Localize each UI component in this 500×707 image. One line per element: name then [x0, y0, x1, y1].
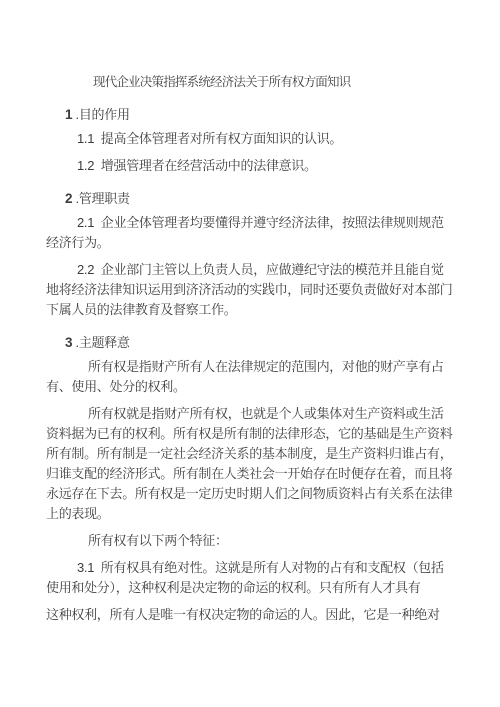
- document-title: 现代企业决策指挥系统经济法关于所有权方面知识: [93, 72, 453, 92]
- section-label-3: .主题释意: [72, 335, 129, 350]
- section-heading-3: 3 .主题释意: [46, 333, 453, 353]
- section-label-1: .目的作用: [72, 107, 129, 122]
- paragraph-ownership-definition: 所有权是指财产所有人在法律规定的范围内，对他的财产享有占有、使用、处分的权利。: [46, 357, 453, 397]
- document-page: 现代企业决策指挥系统经济法关于所有权方面知识 1 .目的作用 1.1 提高全体管…: [0, 0, 500, 707]
- paragraph-continuation: 这种权利，所有人是唯一有权决定物的命运的人。因此，它是一种绝对: [46, 605, 453, 625]
- list-item-3-1: 3.1 所有权具有绝对性。这就是所有人对物的占有和支配权（包括使用和处分），这种…: [46, 558, 453, 598]
- paragraph-features-intro: 所有权有以下两个特征：: [46, 531, 453, 551]
- paragraph-ownership-explanation: 所有权就是指财产所有权，也就是个人或集体对生产资料或生活资料据为已有的权利。所有…: [46, 404, 453, 524]
- section-heading-1: 1 .目的作用: [46, 105, 453, 125]
- list-item-1-1: 1.1 提高全体管理者对所有权方面知识的认识。: [46, 129, 453, 149]
- list-item-1-2: 1.2 增强管理者在经营活动中的法律意识。: [46, 156, 453, 176]
- section-label-2: .管理职责: [72, 191, 129, 206]
- list-item-2-1: 2.1 企业全体管理者均要懂得并遵守经济法律，按照法律规则规范经济行为。: [46, 213, 453, 253]
- list-item-2-2: 2.2 企业部门主管以上负责人员，应做遵纪守法的模范并且能自觉地将经济法律知识运…: [46, 260, 453, 320]
- section-heading-2: 2 .管理职责: [46, 189, 453, 209]
